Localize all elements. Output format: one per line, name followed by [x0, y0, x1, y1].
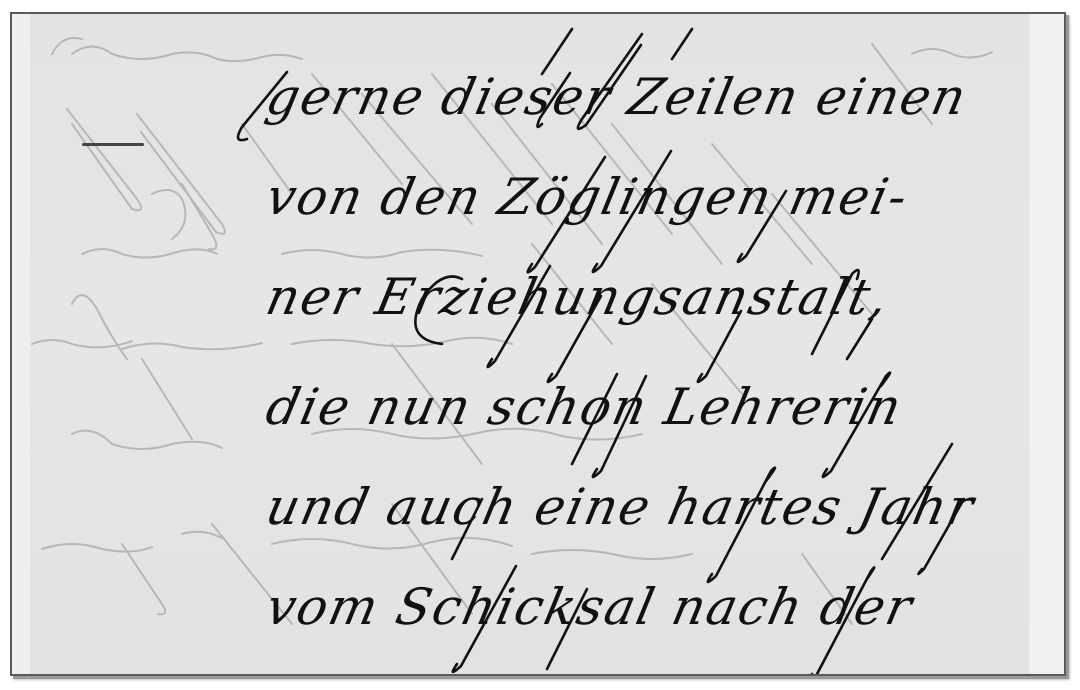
handwritten-line-3: ner Erziehungsanstalt,: [262, 272, 894, 322]
right-scan-margin: [1029, 14, 1064, 674]
handwritten-line-1: gerne dieser Zeilen einen: [262, 72, 972, 122]
left-scan-margin: [12, 14, 30, 674]
scanned-document-frame: gerne dieser Zeilen einen von den Zöglin…: [10, 12, 1066, 676]
handwritten-line-4: die nun schon Lehrerin: [262, 382, 907, 432]
handwritten-line-6: vom Schicksal nach der: [262, 582, 918, 632]
handwritten-line-5: und auch eine hartes Jahr: [262, 482, 979, 532]
handwritten-line-2: von den Zöglingen mei-: [262, 172, 913, 222]
margin-dash-mark: [82, 143, 144, 146]
